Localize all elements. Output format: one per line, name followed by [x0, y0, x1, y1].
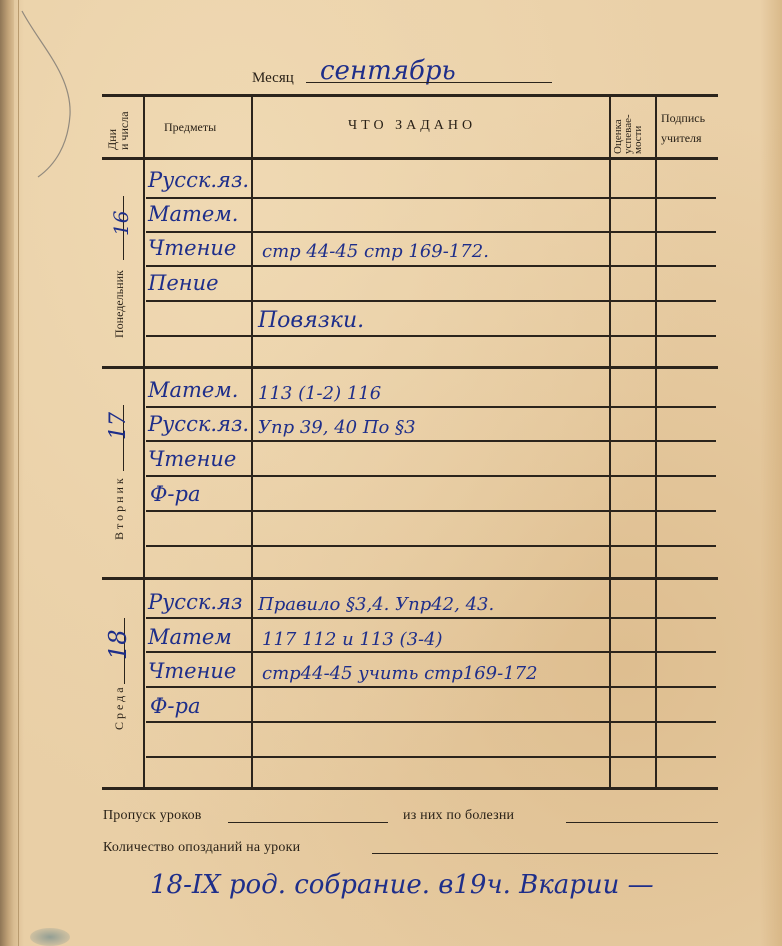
subject-cell: Чтение — [148, 238, 236, 259]
subject-cell: Пение — [148, 273, 219, 294]
assignment-cell: Повязки. — [258, 310, 364, 332]
header-subjects: Предметы — [164, 120, 216, 135]
subject-cell: Матем — [148, 627, 232, 648]
header-bottom-border — [102, 157, 718, 160]
subject-cell: Ф-ра — [150, 696, 201, 717]
subject-cell: Русск.яз. — [148, 170, 249, 191]
month-underline — [306, 82, 552, 83]
row-line — [146, 231, 716, 233]
day-date: 17 — [106, 412, 131, 440]
illness-field[interactable] — [566, 822, 718, 823]
pencil-mark — [10, 5, 80, 185]
row-line — [146, 545, 716, 547]
header-assignment: ЧТО ЗАДАНО — [348, 118, 476, 134]
subject-cell: Матем. — [148, 204, 238, 225]
row-line — [146, 475, 716, 477]
row-line — [146, 617, 716, 619]
day-date: 18 — [104, 629, 132, 660]
header-signature-line2: учителя — [661, 128, 705, 148]
subject-cell: Чтение — [148, 449, 236, 470]
col-divider-assignment — [609, 96, 611, 788]
subject-cell: Матем. — [148, 380, 238, 401]
subject-cell: Русск.яз — [148, 592, 242, 613]
col-divider-days — [143, 96, 145, 788]
header-grade-line3: мости — [633, 94, 643, 154]
header-signature-line1: Подпись — [661, 108, 705, 128]
row-line — [146, 440, 716, 442]
missed-lessons-label: Пропуск уроков — [103, 808, 202, 824]
month-label: Месяц — [252, 70, 294, 87]
col-divider-subjects — [251, 96, 253, 788]
handwritten-note: 18-IX род. собрание. в19ч. Вкарии — — [150, 870, 654, 900]
header-signature: Подпись учителя — [661, 108, 705, 148]
missed-lessons-field[interactable] — [228, 822, 388, 823]
assignment-cell: Правило §3,4. Упр42, 43. — [258, 596, 494, 614]
day-name: Понедельник — [112, 270, 127, 338]
subject-cell: Русск.яз. — [148, 414, 249, 435]
day-name: Вторник — [112, 475, 127, 540]
day-separator-1 — [102, 366, 718, 369]
header-days-line2: и числа — [118, 90, 130, 150]
late-count-label: Количество опозданий на уроки — [103, 840, 300, 856]
row-line — [146, 406, 716, 408]
header-days: Дни и числа — [106, 90, 130, 150]
row-line — [146, 197, 716, 199]
subject-cell: Чтение — [148, 661, 236, 682]
ink-stain — [30, 928, 70, 946]
assignment-cell: 113 (1-2) 116 — [258, 385, 381, 403]
assignment-cell: стр44-45 учить стр169-172 — [262, 665, 538, 683]
assignment-cell: Упр 39, 40 По §3 — [258, 419, 416, 437]
day-separator-2 — [102, 577, 718, 580]
illness-label: из них по болезни — [403, 808, 514, 824]
row-line — [146, 651, 716, 653]
row-line — [146, 721, 716, 723]
subject-cell: Ф-ра — [150, 484, 201, 505]
day-date: 16 — [109, 211, 133, 236]
assignment-cell: 117 112 и 113 (3-4) — [262, 631, 443, 649]
row-line — [146, 756, 716, 758]
row-line — [146, 510, 716, 512]
row-line — [146, 686, 716, 688]
col-divider-grade — [655, 96, 657, 788]
table-bottom-border — [102, 787, 718, 790]
header-grade: Оценка успевае- мости — [613, 94, 643, 154]
row-line — [146, 335, 716, 337]
assignment-cell: стр 44-45 стр 169-172. — [262, 243, 489, 261]
row-line — [146, 265, 716, 267]
late-count-field[interactable] — [372, 853, 718, 854]
row-line — [146, 300, 716, 302]
day-name: Среда — [112, 684, 127, 730]
